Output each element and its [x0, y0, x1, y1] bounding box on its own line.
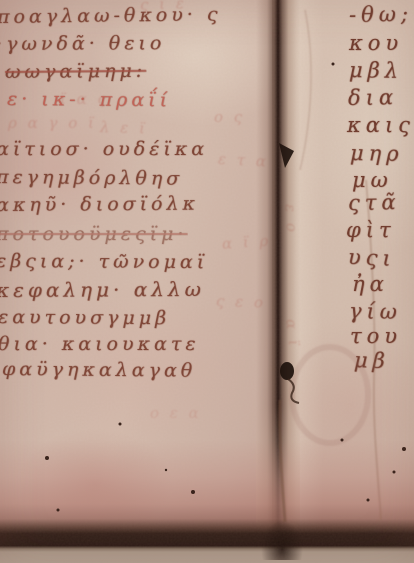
manuscript-line: υςι — [348, 245, 397, 271]
manuscript-line: ακηῦ· διοσϊόλκ — [0, 193, 199, 216]
manuscript-line: φὶτ — [346, 218, 396, 242]
manuscript-line: ·γωνδᾶ· θειο — [0, 32, 165, 55]
binding-gutter — [256, 0, 300, 563]
manuscript-line: γίω — [349, 299, 402, 324]
manuscript-line: κου — [349, 31, 403, 55]
manuscript-line: μω — [352, 168, 393, 192]
manuscript-line: ςτᾶ — [348, 190, 401, 215]
manuscript-line: δια — [348, 85, 398, 110]
ghost-text: ο ε α — [150, 404, 202, 422]
manuscript-line: μβ — [354, 348, 391, 373]
manuscript-line: μηρ — [350, 141, 404, 166]
manuscript-line: εαυτουσγμμβ — [0, 306, 170, 329]
manuscript-line: εβςια;· τῶνομαϊ — [0, 250, 208, 273]
ghost-text: λ ε ϊ — [100, 118, 149, 138]
manuscript-photo: ποαγλαω-θκου· ς ·γωνδᾶ· θειο ωωγαϊμημ: ε… — [0, 0, 414, 563]
left-page: ποαγλαω-θκου· ς ·γωνδᾶ· θειο ωωγαϊμημ: ε… — [0, 0, 272, 563]
ghost-text: ο ς — [214, 108, 245, 126]
manuscript-line: καις — [347, 113, 414, 137]
manuscript-line: θια· καιουκατε — [0, 333, 200, 355]
manuscript-line: ἠα — [352, 272, 389, 296]
manuscript-line: -θω; — [349, 2, 413, 27]
manuscript-line: του — [350, 324, 402, 348]
manuscript-line: ωωγαϊμημ: — [5, 60, 146, 83]
manuscript-line: αϊτιοσ· ουδέϊκα — [0, 138, 208, 160]
manuscript-line: πεγημβόρλθησ — [0, 166, 183, 190]
manuscript-line: ποτουοϋμεςϊμ· — [0, 223, 187, 245]
ghost-text: ϊ α ς — [60, 90, 109, 108]
manuscript-line: φαϋγηκαλαγαθ — [2, 358, 196, 382]
manuscript-line: μβλ — [349, 58, 404, 83]
manuscript-line: ποαγλαω-θκου· ς — [0, 3, 222, 28]
manuscript-line: κεφαλημ· αλλω — [0, 277, 205, 302]
ghost-text: ς ϊ ε — [140, 0, 187, 14]
ghost-text: ρ α γ ο ϊ — [8, 114, 97, 132]
